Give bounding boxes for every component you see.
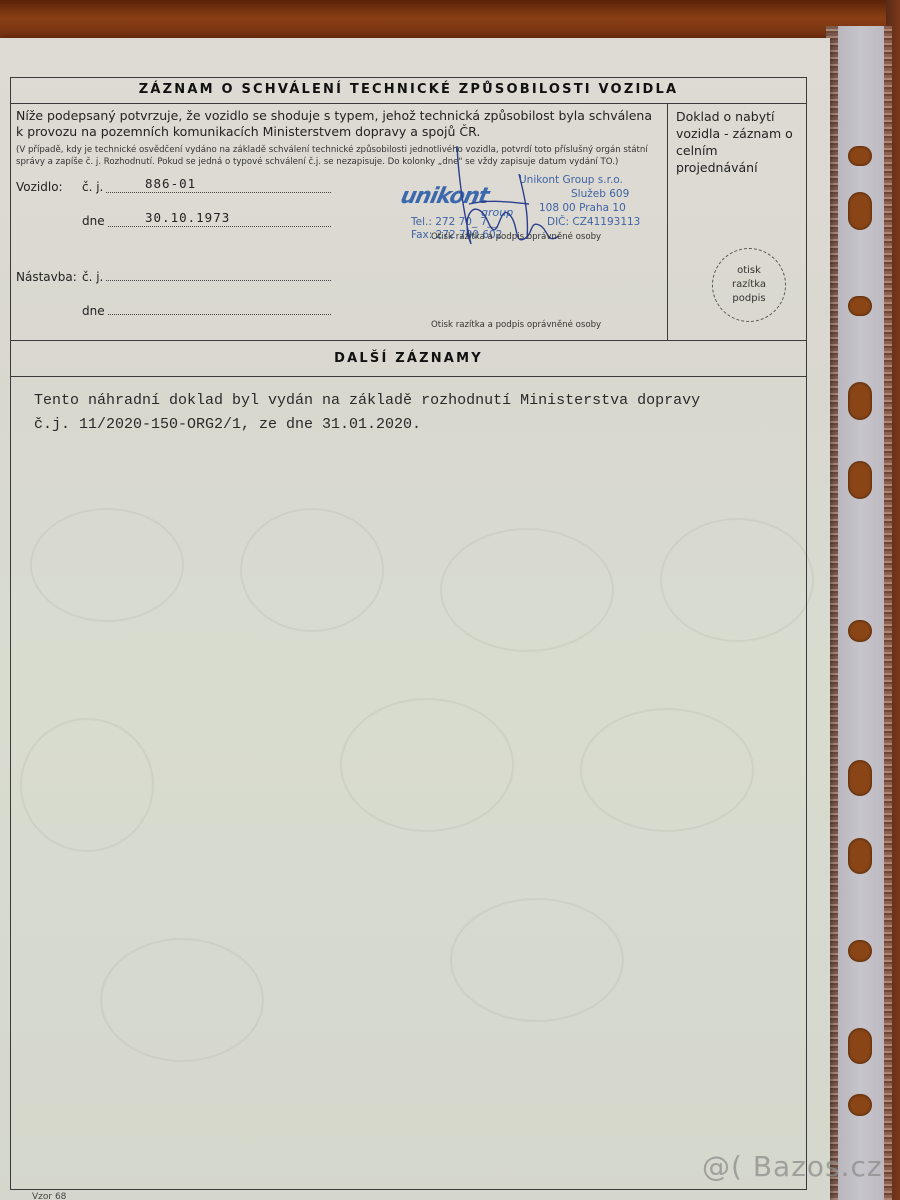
circle-line: podpis: [732, 292, 765, 306]
stamp-placeholder-circle: otisk razítka podpis: [712, 248, 786, 322]
intro-note: (V případě, kdy je technické osvědčení v…: [16, 144, 661, 168]
punch-hole: [848, 192, 872, 230]
body-cj-field: [106, 268, 331, 281]
wood-table-background: [0, 0, 900, 40]
intro-text: Níže podepsaný potvrzuje, že vozidlo se …: [16, 108, 661, 140]
company-street: Služeb 609: [571, 188, 629, 200]
company-stamp: unikont group Unikont Group s.r.o. Služe…: [399, 174, 649, 254]
company-logo: unikont: [398, 184, 490, 209]
body-cj-label: č. j.: [82, 270, 103, 284]
body-date-field: [108, 302, 331, 315]
approval-form: ZÁZNAM O SCHVÁLENÍ TECHNICKÉ ZPŮSOBILOST…: [10, 77, 807, 1190]
customs-column: Doklad o nabytí vozidla - záznam o celní…: [667, 104, 806, 340]
bazos-watermark: @( Bazos.cz: [702, 1150, 883, 1183]
vehicle-cj-field: [106, 180, 331, 193]
stamp-caption-body: Otisk razítka a podpis oprávněné osoby: [431, 320, 601, 330]
form-code: Vzor 68: [32, 1192, 66, 1200]
vehicle-date-label: dne: [82, 214, 105, 228]
further-records-text: Tento náhradní doklad byl vydán na zákla…: [34, 389, 804, 437]
body-date-label: dne: [82, 304, 105, 318]
sheet-protector-edge: [884, 26, 892, 1200]
approval-section: Níže podepsaný potvrzuje, že vozidlo se …: [11, 104, 806, 341]
circle-line: razítka: [732, 278, 766, 292]
company-city: 108 00 Praha 10: [539, 202, 626, 214]
punch-hole: [848, 382, 872, 420]
punch-hole: [848, 620, 872, 642]
company-tel: Tel.: 272 70_ 7__: [411, 216, 498, 228]
circle-line: otisk: [737, 264, 761, 278]
punch-hole: [848, 461, 872, 499]
company-name: Unikont Group s.r.o.: [519, 174, 623, 186]
form-title: ZÁZNAM O SCHVÁLENÍ TECHNICKÉ ZPŮSOBILOST…: [11, 78, 806, 104]
vehicle-label: Vozidlo:: [16, 180, 63, 194]
body-label: Nástavba:: [16, 270, 77, 284]
vehicle-cj-value: 886-01: [145, 176, 196, 191]
punch-hole: [848, 838, 872, 874]
punch-hole: [848, 760, 872, 796]
punch-hole: [848, 146, 872, 166]
further-records-title: DALŠÍ ZÁZNAMY: [11, 341, 806, 377]
customs-label: Doklad o nabytí vozidla - záznam o celní…: [676, 108, 801, 176]
punch-hole: [848, 1028, 872, 1064]
vehicle-cj-label: č. j.: [82, 180, 103, 194]
company-dic: DIČ: CZ41193113: [547, 216, 640, 228]
vehicle-date-value: 30.10.1973: [145, 210, 230, 225]
stamp-caption-vehicle: Otisk razítka a podpis oprávněné osoby: [431, 232, 601, 242]
punch-hole: [848, 296, 872, 316]
punch-hole: [848, 1094, 872, 1116]
punch-hole: [848, 940, 872, 962]
